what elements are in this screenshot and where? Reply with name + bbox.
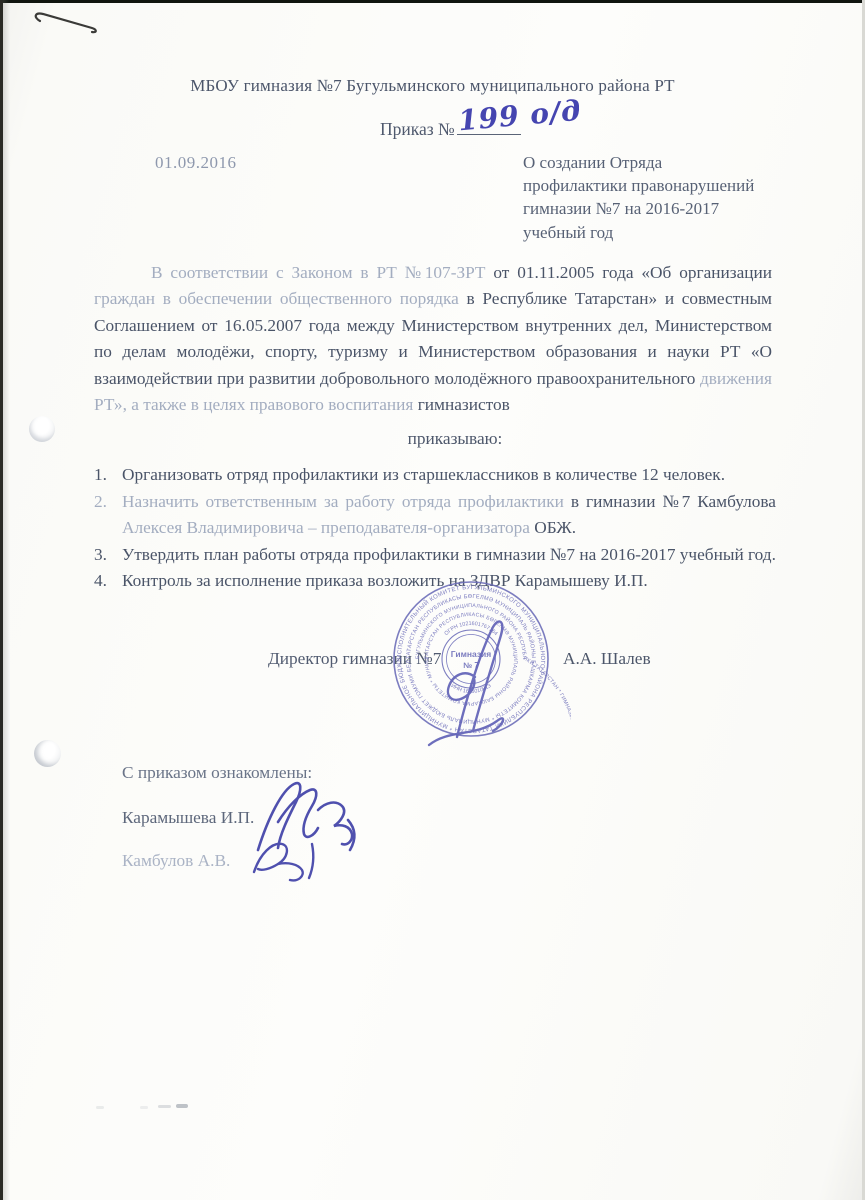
decree-list-item: 2.Назначить ответственным за работу отря… [94,489,776,542]
subject-line: учебный год [523,221,773,244]
text-segment: гимназистов [418,395,510,414]
text-segment: ОБЖ. [534,518,576,537]
text-segment: Назначить ответственным за работу отряда… [122,492,571,511]
subject-line: профилактики правонарушений [523,174,773,197]
scan-edge-left-shadow [3,0,10,1200]
director-name: А.А. Шалев [563,649,651,669]
scan-smudge [140,1106,148,1109]
scanned-order-document: МБОУ гимназия №7 Бугульминского муниципа… [0,0,865,1200]
acknowledgment-name: Карамышева И.П. [122,808,254,828]
subject-line: гимназии №7 на 2016-2017 [523,197,773,220]
decree-list-item: 1.Организовать отряд профилактики из ста… [94,462,776,489]
order-label: Приказ № [380,119,455,139]
subject-line: О создании Отряда [523,151,773,174]
decree-word: приказываю: [0,429,865,449]
order-date: 01.09.2016 [155,153,237,173]
text-segment: Организовать отряд профилактики из старш… [122,465,725,484]
list-item-number: 4. [94,568,107,595]
text-segment: в гимназии №7 Камбулова [571,492,776,511]
text-segment: граждан в обеспечении общественного поря… [94,289,467,308]
scan-smudge [158,1105,171,1108]
scan-smudge [96,1106,104,1109]
kambulov-signature [248,836,326,886]
stamp-ring-text: ИСПОЛНИТЕЛЬНЫЙ КОМИТЕТ БУГУЛЬМИНСКОГО МУ… [371,559,545,733]
document-title: МБОУ гимназия №7 Бугульминского муниципа… [0,76,865,96]
acknowledgment-name: Камбулов А.В. [122,851,230,871]
scan-smudge [176,1104,188,1108]
stamp-center-name: Гимназия [451,649,492,659]
text-segment: В соответствии с Законом в РТ №107-ЗРТ [151,263,493,282]
text-segment: Алексея Владимировича – преподавателя-ор… [122,518,534,537]
official-round-stamp: ИСПОЛНИТЕЛЬНЫЙ КОМИТЕТ БУГУЛЬМИНСКОГО МУ… [371,559,571,759]
preamble: В соответствии с Законом в РТ №107-ЗРТ о… [94,260,772,418]
handwritten-order-number: 199 о/д [457,94,583,138]
scan-edge-top [0,0,865,3]
list-item-number: 3. [94,542,107,569]
pen-stroke-mark [28,8,112,42]
list-item-number: 2. [94,489,107,516]
hole-punch-mark [34,740,61,767]
list-item-number: 1. [94,462,107,489]
text-segment: от 01.11.2005 года «Об организации [493,263,772,282]
order-subject: О создании Отряда профилактики правонару… [523,151,773,244]
